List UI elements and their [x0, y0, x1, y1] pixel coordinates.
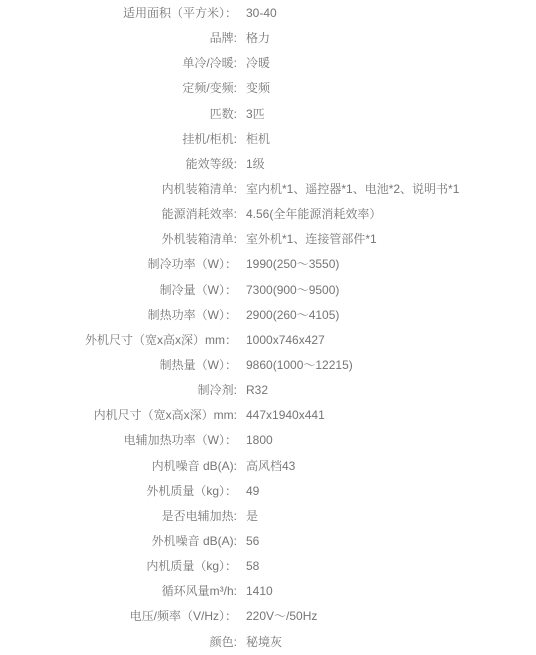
spec-row: 内机噪音 dB(A): 高风档43	[0, 454, 536, 479]
spec-label: 电压/频率（V/Hz）：	[0, 604, 237, 629]
spec-value: 高风档43	[237, 454, 536, 479]
spec-value: 30-40	[237, 1, 536, 26]
spec-row: 制冷量（W）： 7300(900～9500)	[0, 278, 536, 303]
spec-label: 能效等级:	[0, 152, 237, 177]
spec-row: 定频/变频: 变频	[0, 76, 536, 101]
spec-row: 制热功率（W）： 2900(260～4105)	[0, 303, 536, 328]
spec-label: 品牌:	[0, 26, 237, 51]
spec-label: 制冷功率（W）：	[0, 252, 237, 277]
spec-row: 外机装箱清单: 室外机*1、连接管部件*1	[0, 227, 536, 252]
spec-value: 4.56(全年能源消耗效率）	[237, 202, 536, 227]
spec-value: 49	[237, 479, 536, 504]
spec-value: 1级	[237, 152, 536, 177]
spec-value: 58	[237, 554, 536, 579]
spec-row: 制热量（W）： 9860(1000～12215)	[0, 353, 536, 378]
spec-value: 1800	[237, 428, 536, 453]
spec-row: 外机质量（kg）： 49	[0, 479, 536, 504]
spec-row: 能源消耗效率: 4.56(全年能源消耗效率）	[0, 202, 536, 227]
spec-value: 秘境灰	[237, 630, 536, 655]
spec-value: 室内机*1、遥控器*1、电池*2、说明书*1	[237, 177, 536, 202]
spec-row: 内机质量（kg）： 58	[0, 554, 536, 579]
product-spec-table: 适用面积（平方米）： 30-40 品牌: 格力 单冷/冷暖: 冷暖 定频/变频:…	[0, 0, 536, 655]
spec-label: 内机尺寸（宽x高x深）mm:	[0, 403, 237, 428]
spec-row: 制冷功率（W）： 1990(250～3550)	[0, 252, 536, 277]
spec-row: 适用面积（平方米）： 30-40	[0, 1, 536, 26]
spec-value: 格力	[237, 26, 536, 51]
spec-label: 挂机/柜机:	[0, 127, 237, 152]
spec-row: 是否电辅加热: 是	[0, 504, 536, 529]
spec-label: 内机装箱清单:	[0, 177, 237, 202]
spec-label: 外机质量（kg）：	[0, 479, 237, 504]
spec-row: 内机尺寸（宽x高x深）mm: 447x1940x441	[0, 403, 536, 428]
spec-label: 外机噪音 dB(A):	[0, 529, 237, 554]
spec-label: 循环风量m³/h:	[0, 579, 237, 604]
spec-label: 定频/变频:	[0, 76, 237, 101]
spec-label: 适用面积（平方米）：	[0, 1, 237, 26]
spec-value: 7300(900～9500)	[237, 278, 536, 303]
spec-label: 制冷剂:	[0, 378, 237, 403]
spec-value: R32	[237, 378, 536, 403]
spec-row: 外机噪音 dB(A): 56	[0, 529, 536, 554]
spec-label: 外机尺寸（宽x高x深）mm：	[0, 328, 237, 353]
spec-value: 447x1940x441	[237, 403, 536, 428]
spec-value: 柜机	[237, 127, 536, 152]
spec-row: 电辅加热功率（W）： 1800	[0, 428, 536, 453]
spec-row: 挂机/柜机: 柜机	[0, 127, 536, 152]
spec-value: 3匹	[237, 102, 536, 127]
spec-value: 1990(250～3550)	[237, 252, 536, 277]
spec-value: 室外机*1、连接管部件*1	[237, 227, 536, 252]
spec-label: 内机噪音 dB(A):	[0, 454, 237, 479]
spec-row: 循环风量m³/h: 1410	[0, 579, 536, 604]
spec-row: 单冷/冷暖: 冷暖	[0, 51, 536, 76]
spec-value: 220V～/50Hz	[237, 604, 536, 629]
spec-value: 是	[237, 504, 536, 529]
spec-label: 制冷量（W）：	[0, 278, 237, 303]
spec-row: 匹数: 3匹	[0, 102, 536, 127]
spec-value: 变频	[237, 76, 536, 101]
spec-label: 制热量（W）：	[0, 353, 237, 378]
spec-label: 单冷/冷暖:	[0, 51, 237, 76]
spec-row: 内机装箱清单: 室内机*1、遥控器*1、电池*2、说明书*1	[0, 177, 536, 202]
spec-row: 制冷剂: R32	[0, 378, 536, 403]
spec-row: 颜色: 秘境灰	[0, 630, 536, 655]
spec-row: 品牌: 格力	[0, 26, 536, 51]
spec-label: 是否电辅加热:	[0, 504, 237, 529]
spec-value: 1000x746x427	[237, 328, 536, 353]
spec-label: 制热功率（W）：	[0, 303, 237, 328]
spec-label: 电辅加热功率（W）：	[0, 428, 237, 453]
spec-row: 电压/频率（V/Hz）： 220V～/50Hz	[0, 604, 536, 629]
spec-value: 2900(260～4105)	[237, 303, 536, 328]
spec-label: 匹数:	[0, 102, 237, 127]
spec-label: 外机装箱清单:	[0, 227, 237, 252]
spec-label: 内机质量（kg）：	[0, 554, 237, 579]
spec-value: 9860(1000～12215)	[237, 353, 536, 378]
spec-value: 56	[237, 529, 536, 554]
spec-row: 能效等级: 1级	[0, 152, 536, 177]
spec-row: 外机尺寸（宽x高x深）mm： 1000x746x427	[0, 328, 536, 353]
spec-value: 1410	[237, 579, 536, 604]
spec-label: 能源消耗效率:	[0, 202, 237, 227]
spec-label: 颜色:	[0, 630, 237, 655]
spec-value: 冷暖	[237, 51, 536, 76]
